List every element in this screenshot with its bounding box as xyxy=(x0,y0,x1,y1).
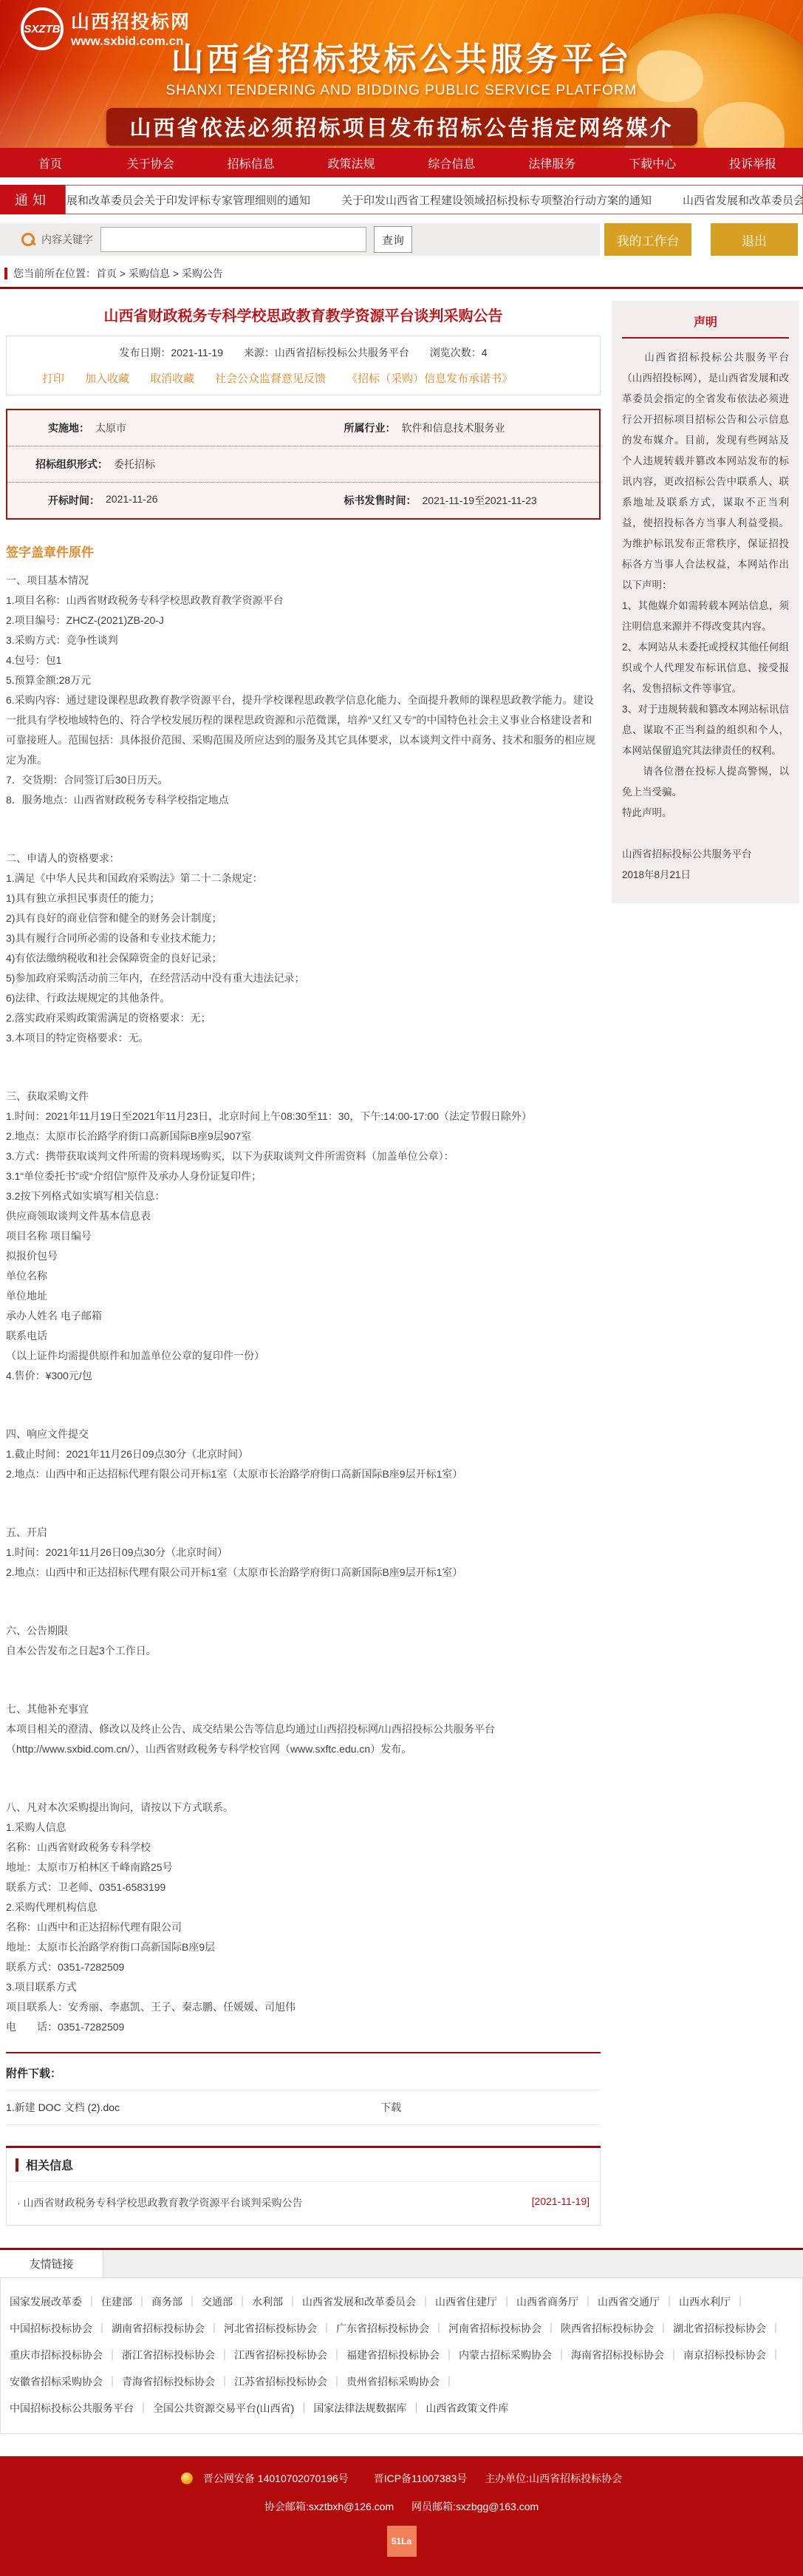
friend-link[interactable]: 山西省政策文件库 xyxy=(426,2402,508,2414)
attachment-heading: 附件下载： xyxy=(6,2065,601,2081)
related-info-section: 相关信息 · 山西省财政税务专科学校思政教育教学资源平台谈判采购公告 [2021… xyxy=(6,2146,601,2226)
breadcrumb-path[interactable]: 首页 > 采购信息 > 采购公告 xyxy=(96,266,223,281)
friend-link[interactable]: 国家法律法规数据库 xyxy=(313,2402,426,2414)
friend-links-section: 友情链接 国家发展改革委住建部商务部交通部水利部山西省发展和改革委员会山西省住建… xyxy=(0,2248,803,2434)
article-action-link[interactable]: 打印 xyxy=(42,373,64,385)
breadcrumb: 您当前所在位置： 首页 > 采购信息 > 采购公告 xyxy=(4,266,803,281)
logo-site-name: 山西招投标网 xyxy=(71,7,191,34)
friend-links-row: 国家发展改革委住建部商务部交通部水利部山西省发展和改革委员会山西省住建厅山西省商… xyxy=(10,2288,793,2315)
friend-link[interactable]: 河南省招标投标协会 xyxy=(448,2322,561,2334)
page: SXZTB 山西招投标网 www.sxbid.com.cn 山西省招标投标公共服… xyxy=(0,0,803,2576)
logo-text: 山西招投标网 www.sxbid.com.cn xyxy=(71,7,191,49)
site-banner: SXZTB 山西招投标网 www.sxbid.com.cn 山西省招标投标公共服… xyxy=(0,0,803,148)
related-item-date: [2021-11-19] xyxy=(532,2195,590,2210)
friend-link[interactable]: 中国招标投标公共服务平台 xyxy=(10,2402,153,2414)
breadcrumb-prefix: 您当前所在位置： xyxy=(13,266,96,281)
impl-place-value: 太原市 xyxy=(95,421,126,435)
body-paragraph: 名称：山西省财政税务专科学校 xyxy=(6,1838,601,1858)
body-paragraph xyxy=(6,1484,601,1523)
friend-link[interactable]: 国家发展改革委 xyxy=(10,2296,101,2308)
attachment-row: 1.新建 DOC 文档 (2).doc 下载 xyxy=(6,2090,601,2125)
declaration-paragraphs: 山西省招标投标公共服务平台（山西招投标网），是山西省发展和改革委员会指定的全省发… xyxy=(622,347,789,886)
friend-link[interactable]: 陕西省招标投标协会 xyxy=(561,2322,673,2334)
body-paragraph: 供应商领取谈判文件基本信息表 xyxy=(6,1206,601,1226)
sale-time-label: 标书发售时间： xyxy=(344,493,417,508)
article-body: 签字盖章件原件 一、项目基本情况1.项目名称：山西省财政税务专科学校思政教育教学… xyxy=(6,542,601,2037)
notice-label: 通知 xyxy=(0,185,65,214)
body-paragraph: 3.方式：携带获取谈判文件所需的资料现场购买，以下为获取谈判文件所需资料（加盖单… xyxy=(6,1146,601,1166)
friend-link[interactable]: 山西省发展和改革委员会 xyxy=(302,2296,435,2308)
declaration-paragraph: 山西省招标投标公共服务平台 xyxy=(622,844,789,865)
friend-link[interactable]: 山西省商务厅 xyxy=(516,2296,598,2308)
body-paragraph: 五、开启 xyxy=(6,1523,601,1543)
body-paragraph: 项目名称 项目编号 xyxy=(6,1226,601,1246)
main-nav: 首页 关于协会 招标信息 政策法规 综合信息 法律服务 下载中心 投诉举报 xyxy=(0,148,803,177)
friend-link[interactable]: 湖北省招标投标协会 xyxy=(673,2322,785,2334)
article-column: 山西省财政税务专科学校思政教育教学资源平台谈判采购公告 发布日期：2021-11… xyxy=(6,301,601,2226)
notice-bar: 通知 发展和改革委员会关于印发评标专家管理细则的通知关于印发山西省工程建设领域招… xyxy=(0,185,803,214)
body-paragraph: 2.落实政府采购政策需满足的资格要求：无； xyxy=(6,1008,601,1028)
body-paragraph: 3.采购方式：竞争性谈判 xyxy=(6,631,601,650)
body-paragraph: 3)具有履行合同所必需的设备和专业技术能力； xyxy=(6,928,601,948)
friend-links-row: 安徽省招标采购协会青海省招标投标协会江苏省招标投标协会贵州省招标采购协会 xyxy=(10,2368,793,2395)
article-action-link[interactable]: 加入收藏 xyxy=(85,373,129,385)
friend-link[interactable]: 广东省招标投标协会 xyxy=(336,2322,448,2334)
article-action-link[interactable]: 取消收藏 xyxy=(150,373,194,385)
impl-place-label: 实施地： xyxy=(48,421,89,435)
article-actions: 打印加入收藏取消收藏社会公众监督意见反馈《招标（采购）信息发布承诺书》 xyxy=(7,370,600,386)
notice-link[interactable]: 山西省发展和改革委员会关于做好 xyxy=(683,192,803,208)
industry-value: 软件和信息技术服务业 xyxy=(402,421,505,435)
body-paragraph xyxy=(6,1759,601,1798)
notice-link[interactable]: 关于印发山西省工程建设领域招标投标专项整治行动方案的通知 xyxy=(341,192,652,208)
sale-time-value: 2021-11-19至2021-11-23 xyxy=(423,493,537,508)
article-meta: 发布日期：2021-11-19 来源：山西省招标投标公共服务平台 浏览次数：4 xyxy=(7,345,600,360)
friend-link[interactable]: 湖南省招标投标协会 xyxy=(112,2322,224,2334)
declaration-underline xyxy=(622,337,789,339)
body-paragraph: 4)有依法缴纳税收和社会保障资金的良好记录； xyxy=(6,948,601,968)
declaration-paragraph: 山西省招标投标公共服务平台（山西招投标网），是山西省发展和改革委员会指定的全省发… xyxy=(622,347,789,596)
friend-link[interactable]: 中国招标投标协会 xyxy=(10,2322,112,2334)
body-paragraph: 地址：太原市长治路学府街口高新国际B座9层 xyxy=(6,1937,601,1957)
friend-link[interactable]: 贵州省招标采购协会 xyxy=(346,2376,459,2388)
industry-label: 所属行业： xyxy=(344,421,396,435)
declaration-paragraph: 1、其他媒介如需转载本网站信息，须注明信息来源并不得改变其内容。 xyxy=(622,596,789,637)
body-paragraph: 地址：太原市万柏林区千峰南路25号 xyxy=(6,1858,601,1877)
download-link[interactable]: 下载 xyxy=(380,2100,401,2115)
friend-link[interactable]: 福建省招标投标协会 xyxy=(346,2349,459,2361)
friend-link[interactable]: 山西省住建厅 xyxy=(435,2296,516,2308)
gongan-beian-link[interactable]: 晋公网安备 14010702070196号 xyxy=(181,2473,356,2484)
org-form-value: 委托招标 xyxy=(114,457,155,472)
body-paragraph: 名称：山西中和正达招标代理有限公司 xyxy=(6,1917,601,1937)
banner-slogan: 山西省依法必须招标项目发布招标公告指定网络媒介 xyxy=(106,108,697,146)
article-meta-box: 发布日期：2021-11-19 来源：山西省招标投标公共服务平台 浏览次数：4 … xyxy=(6,336,601,395)
body-paragraph: 联系方式：卫老师、0351-6583199 xyxy=(6,1877,601,1897)
body-paragraph: 本项目相关的澄清、修改以及终止公告、成交结果公告等信息均通过山西招投标网/山西招… xyxy=(6,1719,601,1759)
body-paragraph: 6.采购内容：通过建设课程思政教育教学资源平台，提升学校课程思政教学信息化能力、… xyxy=(6,690,601,770)
related-item-link[interactable]: · 山西省财政税务专科学校思政教育教学资源平台谈判采购公告 xyxy=(17,2195,303,2210)
table-row: 实施地： 太原市 所属行业： 软件和信息技术服务业 xyxy=(7,410,599,446)
friend-link[interactable]: 江西省招标投标协会 xyxy=(234,2349,346,2361)
body-paragraph: 单位地址 xyxy=(6,1286,601,1306)
nav-item[interactable]: 政策法规 xyxy=(301,148,402,177)
nav-item[interactable]: 首页 xyxy=(0,148,100,177)
body-heading: 签字盖章件原件 xyxy=(6,542,601,560)
body-paragraph: 二、申请人的资格要求： xyxy=(6,849,601,869)
body-paragraph: 1.满足《中华人民共和国政府采购法》第二十二条规定： xyxy=(6,869,601,888)
site-footer: 晋公网安备 14010702070196号 晋ICP备11007383号 主办单… xyxy=(0,2456,803,2576)
body-paragraph: 6)法律、行政法规规定的其他条件。 xyxy=(6,988,601,1008)
search-row: 内容关键字 查询 我的工作台 退出 xyxy=(0,223,803,256)
body-paragraph: 项目联系人：安秀丽、李惠凯、王子、秦志鹏、任媛媛、司旭伟 xyxy=(6,1997,601,2017)
body-paragraph: 承办人姓名 电子邮箱 xyxy=(6,1306,601,1326)
logout-button[interactable]: 退出 xyxy=(711,223,798,256)
body-paragraph: 2.采购代理机构信息 xyxy=(6,1897,601,1917)
nav-item[interactable]: 关于协会 xyxy=(100,148,201,177)
related-heading: 相关信息 xyxy=(26,2156,73,2173)
body-paragraph: 7．交货期：合同签订后30日历天。 xyxy=(6,770,601,790)
friend-link[interactable]: 南京招标投标协会 xyxy=(683,2349,785,2361)
view-count: 浏览次数：4 xyxy=(430,347,488,358)
body-paragraph: 自本公告发布之日起3个工作日。 xyxy=(6,1641,601,1661)
friend-link[interactable]: 海南省招标投标协会 xyxy=(571,2349,683,2361)
logo-site-url: www.sxbid.com.cn xyxy=(71,34,191,49)
declaration-paragraph: 2、本网站从未委托或授权其他任何组织或个人代理发布标讯信息、接受报名、发售招标文… xyxy=(622,637,789,699)
friend-link[interactable]: 浙江省招标投标协会 xyxy=(122,2349,234,2361)
body-paragraphs: 一、项目基本情况1.项目名称：山西省财政税务专科学校思政教育教学资源平台2.项目… xyxy=(6,571,601,2037)
search-icon xyxy=(21,232,35,247)
friend-link[interactable]: 江苏省招标投标协会 xyxy=(234,2376,346,2388)
body-paragraph: 3.1“单位委托书”或“介绍信”原件及承办人身份证复印件； xyxy=(6,1166,601,1186)
body-paragraph: 3.本项目的特定资格要求：无。 xyxy=(6,1028,601,1048)
article-source: 来源：山西省招标投标公共服务平台 xyxy=(244,347,409,358)
body-paragraph: 三、获取采购文件 xyxy=(6,1087,601,1107)
body-paragraph: 2.地点：太原市长治路学府街口高新国际B座9层907室 xyxy=(6,1126,601,1146)
org-form-label: 招标组织形式： xyxy=(35,457,108,472)
body-paragraph: 电 话：0351-7282509 xyxy=(6,2017,601,2037)
friend-link[interactable]: 山西水利厅 xyxy=(679,2296,750,2308)
police-badge-icon xyxy=(181,2473,193,2484)
nav-item[interactable]: 法律服务 xyxy=(502,148,602,177)
body-paragraph: 单位名称 xyxy=(6,1266,601,1286)
content-area: 山西省财政税务专科学校思政教育教学资源平台谈判采购公告 发布日期：2021-11… xyxy=(0,289,803,2226)
logo-abbr: SXZTB xyxy=(24,23,60,35)
search-input[interactable] xyxy=(100,227,366,252)
friend-link[interactable]: 全国公共资源交易平台(山西省) xyxy=(153,2402,313,2414)
body-paragraph: 3.项目联系方式 xyxy=(6,1977,601,1997)
related-list-item: · 山西省财政税务专科学校思政教育教学资源平台谈判采购公告 [2021-11-1… xyxy=(7,2182,600,2225)
friend-link[interactable]: 山西省交通厅 xyxy=(598,2296,679,2308)
article-action-link[interactable]: 《招标（采购）信息发布承诺书》 xyxy=(346,373,513,385)
body-paragraph: 2)具有良好的商业信誉和健全的财务会计制度； xyxy=(6,908,601,928)
body-paragraph: 3.2按下列格式如实填写相关信息： xyxy=(6,1186,601,1206)
body-paragraph: 4.包号：包1 xyxy=(6,650,601,670)
table-row: 招标组织形式： 委托招标 xyxy=(7,446,599,482)
friend-links-row: 中国招标投标公共服务平台全国公共资源交易平台(山西省)国家法律法规数据库山西省政… xyxy=(10,2395,793,2422)
body-paragraph: 1.时间：2021年11月26日09点30分（北京时间） xyxy=(6,1543,601,1563)
51la-counter-badge[interactable]: 51La xyxy=(387,2526,417,2557)
declaration-panel: 声明 山西省招标投标公共服务平台（山西招投标网），是山西省发展和改革委员会指定的… xyxy=(612,301,799,903)
body-paragraph: 八、凡对本次采购提出询问，请按以下方式联系。 xyxy=(6,1798,601,1818)
body-paragraph: 六、公告期限 xyxy=(6,1621,601,1641)
association-email: 协会邮箱:sxztbxh@126.com xyxy=(264,2501,394,2512)
body-paragraph: 联系方式：0351-7282509 xyxy=(6,1957,601,1977)
friend-link[interactable]: 青海省招标投标协会 xyxy=(122,2376,234,2388)
body-paragraph: 2.地点：山西中和正达招标代理有限公司开标1室（太原市长治路学府街口高新国际B座… xyxy=(6,1563,601,1583)
nav-item[interactable]: 招标信息 xyxy=(201,148,301,177)
declaration-paragraph: 请各位潜在投标人提高警惕，以免上当受骗。 xyxy=(622,761,789,803)
publish-date: 发布日期：2021-11-19 xyxy=(119,347,223,358)
open-time-label: 开标时间： xyxy=(48,493,100,508)
member-email: 网员邮箱:sxzbgg@163.com xyxy=(411,2501,539,2512)
friend-link[interactable]: 重庆市招标投标协会 xyxy=(10,2349,122,2361)
nav-item[interactable]: 下载中心 xyxy=(602,148,703,177)
friend-link[interactable]: 水利部 xyxy=(252,2296,302,2308)
nav-item[interactable]: 投诉举报 xyxy=(703,148,803,177)
organizer-text: 主办单位:山西省招标投标协会 xyxy=(485,2473,622,2484)
friend-link[interactable]: 交通部 xyxy=(202,2296,252,2308)
declaration-paragraph: 2018年8月21日 xyxy=(622,865,789,886)
declaration-paragraph xyxy=(622,823,789,844)
notice-marquee: 发展和改革委员会关于印发评标专家管理细则的通知关于印发山西省工程建设领域招标投标… xyxy=(65,185,803,214)
body-paragraph: 一、项目基本情况 xyxy=(6,571,601,591)
page-title: 山西省财政税务专科学校思政教育教学资源平台谈判采购公告 xyxy=(6,304,601,325)
body-paragraph: 1.项目名称：山西省财政税务专科学校思政教育教学资源平台 xyxy=(6,591,601,611)
search-keyword-label: 内容关键字 xyxy=(41,232,93,247)
friend-link[interactable]: 内蒙古招标采购协会 xyxy=(459,2349,571,2361)
body-paragraph: 5)参加政府采购活动前三年内，在经营活动中没有重大违法记录； xyxy=(6,968,601,988)
friend-links-row: 重庆市招标投标协会浙江省招标投标协会江西省招标投标协会福建省招标投标协会内蒙古招… xyxy=(10,2342,793,2368)
declaration-paragraph: 3、对于违规转载和篡改本网站标讯信息、谋取不正当利益的组织和个人，本网站保留追究… xyxy=(622,699,789,761)
body-paragraph: 1.采购人信息 xyxy=(6,1818,601,1838)
body-paragraph xyxy=(6,1048,601,1087)
query-button[interactable]: 查询 xyxy=(374,226,412,253)
body-paragraph xyxy=(6,1386,601,1424)
declaration-title: 声明 xyxy=(622,313,789,337)
project-info-table: 实施地： 太原市 所属行业： 软件和信息技术服务业 招标组织形式： 委托招标 xyxy=(6,409,601,520)
body-paragraph: 2.地点：山西中和正达招标代理有限公司开标1室（太原市长治路学府街口高新国际B座… xyxy=(6,1464,601,1484)
related-header-bar xyxy=(16,2158,18,2172)
body-paragraph: 8．服务地点：山西省财政税务专科学校指定地点 xyxy=(6,790,601,810)
friend-link[interactable]: 安徽省招标采购协会 xyxy=(10,2376,122,2388)
body-paragraph: 联系电话 xyxy=(6,1326,601,1346)
attachment-divider xyxy=(6,2052,601,2053)
logo-circle-icon: SXZTB xyxy=(21,7,64,50)
platform-subtitle-en: SHANXI TENDERING AND BIDDING PUBLIC SERV… xyxy=(0,83,803,99)
notice-link[interactable]: 发展和改革委员会关于印发评标专家管理细则的通知 xyxy=(65,192,310,208)
friend-links-row: 中国招标投标协会湖南省招标投标协会河北省招标投标协会广东省招标投标协会河南省招标… xyxy=(10,2315,793,2342)
open-time-value: 2021-11-26 xyxy=(106,493,158,508)
body-paragraph: 4.售价：¥300元/包 xyxy=(6,1366,601,1386)
body-paragraph: （以上证件均需提供原件和加盖单位公章的复印件一份） xyxy=(6,1346,601,1366)
friend-link[interactable]: 住建部 xyxy=(101,2296,151,2308)
article-action-link[interactable]: 社会公众监督意见反馈 xyxy=(215,373,326,385)
body-paragraph: 1.时间：2021年11月19日至2021年11月23日，北京时间上午08:30… xyxy=(6,1107,601,1126)
icp-beian-link[interactable]: 晋ICP备11007383号 xyxy=(374,2473,468,2484)
nav-item[interactable]: 综合信息 xyxy=(402,148,502,177)
site-logo[interactable]: SXZTB 山西招投标网 www.sxbid.com.cn xyxy=(21,7,191,50)
body-paragraph: 四、响应文件提交 xyxy=(6,1424,601,1444)
body-paragraph: 2.项目编号：ZHCZ-(2021)ZB-20-J xyxy=(6,611,601,631)
body-paragraph: 5.预算金额:28万元 xyxy=(6,670,601,690)
body-paragraph: 1)具有独立承担民事责任的能力； xyxy=(6,888,601,908)
table-row: 开标时间： 2021-11-26 标书发售时间： 2021-11-19至2021… xyxy=(7,482,599,518)
body-paragraph: 1.截止时间：2021年11月26日09点30分（北京时间） xyxy=(6,1444,601,1464)
declaration-paragraph: 特此声明。 xyxy=(622,803,789,823)
friend-link[interactable]: 商务部 xyxy=(151,2296,202,2308)
attachment-file-link[interactable]: 1.新建 DOC 文档 (2).doc xyxy=(6,2100,380,2115)
body-paragraph xyxy=(6,810,601,849)
body-paragraph xyxy=(6,1661,601,1699)
breadcrumb-bar xyxy=(4,268,7,279)
body-paragraph: 拟报价包号 xyxy=(6,1246,601,1266)
friend-link[interactable]: 河北省招标投标协会 xyxy=(224,2322,336,2334)
workbench-button[interactable]: 我的工作台 xyxy=(604,223,691,256)
tab-friend-links[interactable]: 友情链接 xyxy=(0,2250,103,2277)
body-paragraph xyxy=(6,1583,601,1621)
body-paragraph: 七、其他补充事宜 xyxy=(6,1699,601,1719)
search-band: 内容关键字 查询 xyxy=(0,223,600,256)
